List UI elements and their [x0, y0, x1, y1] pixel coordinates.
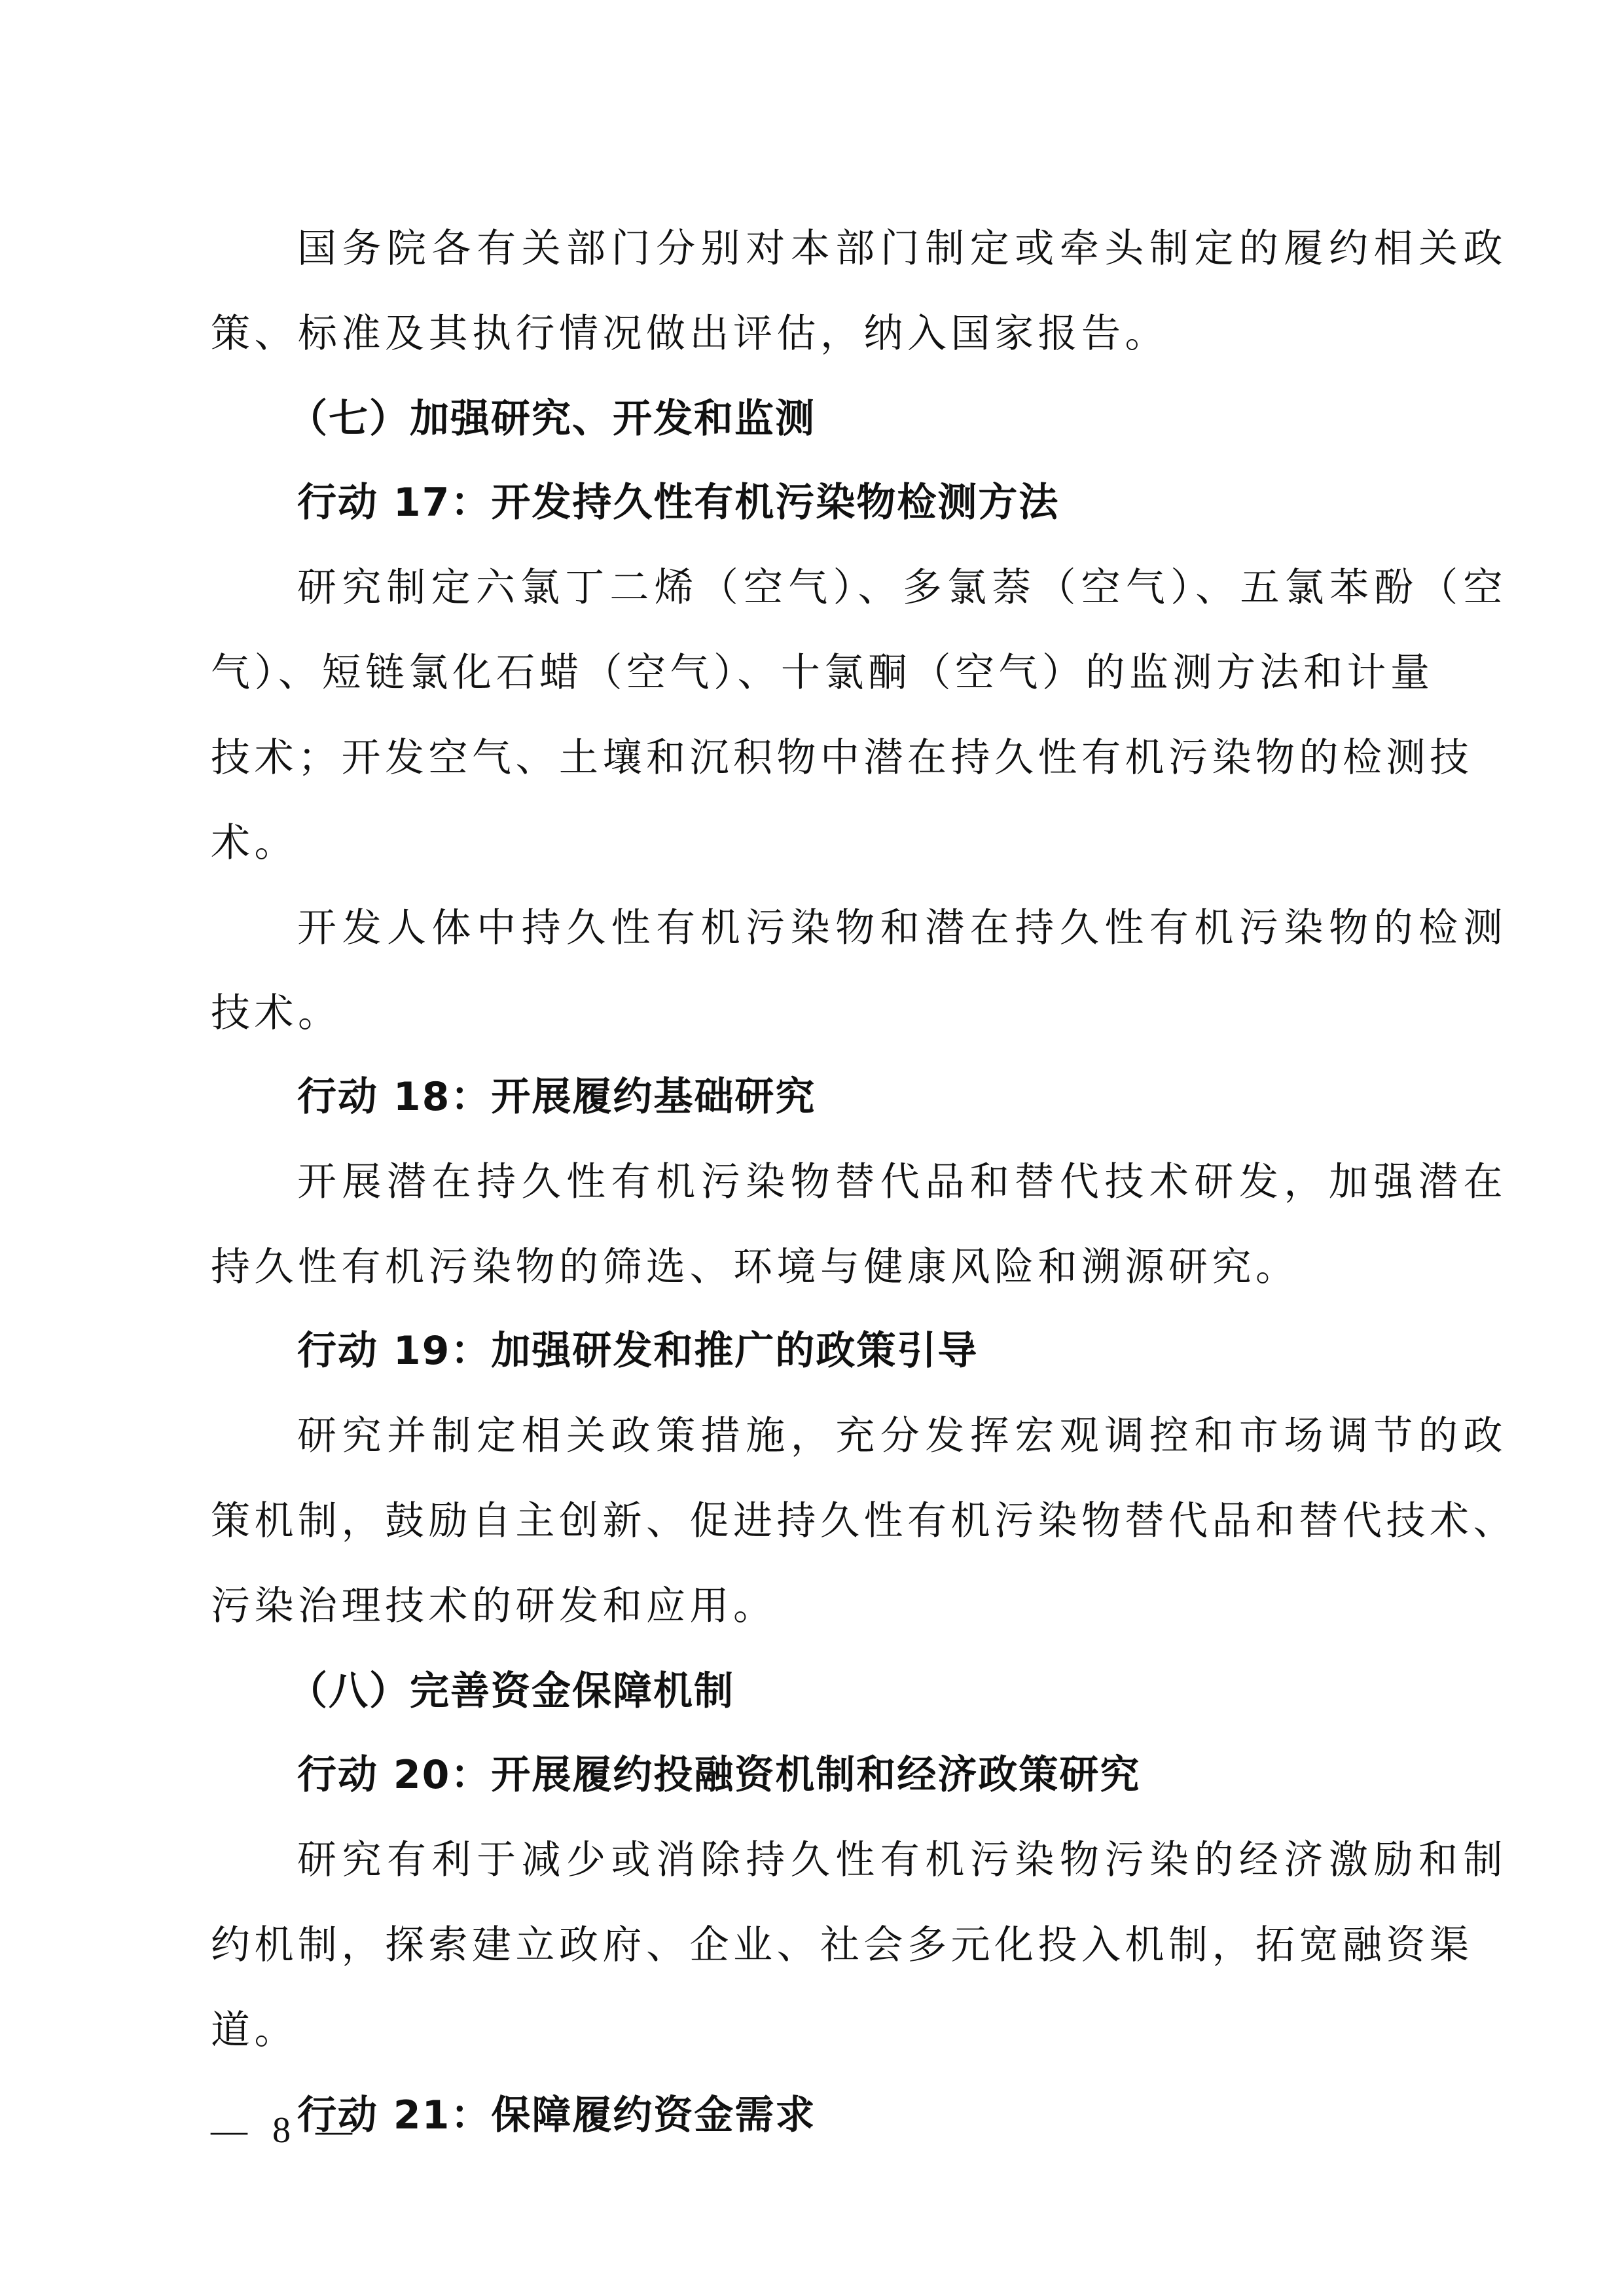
action-heading: 行动 18：开展履约基础研究	[211, 1071, 1507, 1123]
body-line: 策、标准及其执行情况做出评估，纳入国家报告。	[211, 308, 1420, 360]
body-line: 研究有利于减少或消除持久性有机污染物污染的经济激励和制	[211, 1834, 1507, 1886]
section-heading: （七）加强研究、开发和监测	[211, 393, 1498, 445]
body-line: 污染治理技术的研发和应用。	[211, 1580, 1420, 1632]
body-line: 约机制，探索建立政府、企业、社会多元化投入机制，拓宽融资渠	[211, 1919, 1420, 1971]
body-line: 研究并制定相关政策措施，充分发挥宏观调控和市场调节的政	[211, 1410, 1507, 1462]
action-heading: 行动 21：保障履约资金需求	[211, 2089, 1507, 2142]
body-line: 研究制定六氯丁二烯（空气）、多氯萘（空气）、五氯苯酚（空	[211, 562, 1507, 614]
action-heading: 行动 19：加强研发和推广的政策引导	[211, 1325, 1507, 1377]
body-line: 国务院各有关部门分别对本部门制定或牵头制定的履约相关政	[211, 223, 1507, 275]
body-line: 气）、短链氯化石蜡（空气）、十氯酮（空气）的监测方法和计量	[211, 647, 1420, 699]
body-line: 开展潜在持久性有机污染物替代品和替代技术研发，加强潜在	[211, 1156, 1507, 1208]
body-line: 技术。	[211, 987, 1420, 1039]
body-line: 开发人体中持久性有机污染物和潜在持久性有机污染物的检测	[211, 902, 1507, 954]
body-line: 策机制，鼓励自主创新、促进持久性有机污染物替代品和替代技术、	[211, 1495, 1420, 1547]
body-line: 术。	[211, 817, 1420, 869]
body-line: 持久性有机污染物的筛选、环境与健康风险和溯源研究。	[211, 1241, 1420, 1293]
action-heading: 行动 17：开发持久性有机污染物检测方法	[211, 476, 1507, 529]
body-line: 技术；开发空气、土壤和沉积物中潜在持久性有机污染物的检测技	[211, 732, 1420, 784]
page-number: — 8 —	[211, 2108, 360, 2153]
action-heading: 行动 20：开展履约投融资机制和经济政策研究	[211, 1749, 1507, 1801]
body-line: 道。	[211, 2004, 1420, 2056]
section-heading: （八）完善资金保障机制	[211, 1665, 1498, 1717]
